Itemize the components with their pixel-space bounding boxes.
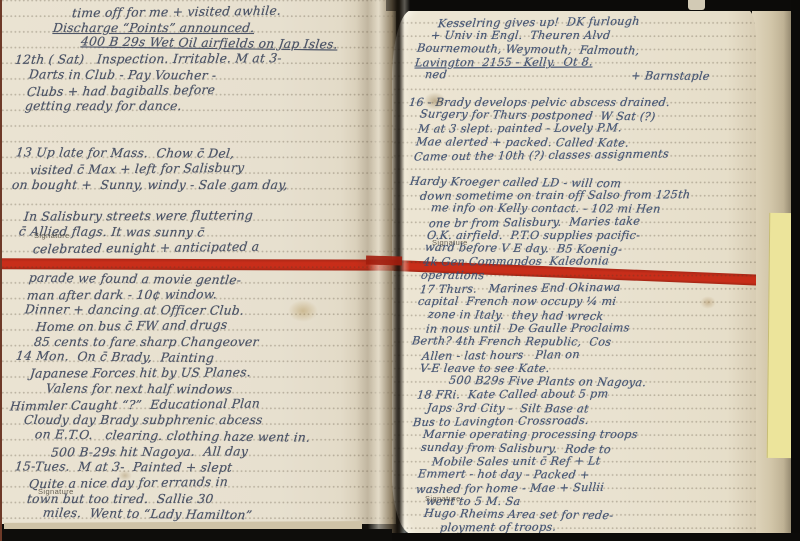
handwriting-line: 14 Mon. On c̄ Brady, Painting: [15, 349, 215, 365]
handwriting-line: getting ready for dance.: [24, 99, 182, 113]
scan-bottom-left-edge: [0, 529, 392, 541]
handwriting-line: 4k Gen Commandos Kaledonia: [422, 255, 609, 269]
scan-left-edge: [0, 0, 2, 541]
handwriting-line: V-E leave to see Kate.: [419, 362, 550, 375]
handwriting-line: Berth? 4th French Republic, Cos: [411, 335, 612, 349]
handwriting-line: me info on Kelly contact. - 102 mi Hen: [430, 201, 661, 215]
handwriting-line: parade we found a movie gentle-: [28, 271, 242, 288]
handwriting-line: 17 Thurs. Marines End Okinawa: [419, 281, 621, 296]
handwriting-line: Hardy Kroeger called LD - will com: [409, 174, 622, 190]
handwriting-line: Bus to Lavington Crossroads.: [412, 414, 589, 429]
handwriting-line: 400 B 29s Wet Oil airfields on Jap Isles…: [80, 35, 338, 52]
signature-stamp: Signature: [425, 494, 461, 503]
handwriting-line: Clubs + had bagiballs before: [26, 82, 215, 98]
handwriting-line: sunday from Salisbury. Rode to: [420, 440, 611, 455]
handwriting-line: capital French now occupy ¼ mi: [417, 295, 617, 308]
handwriting-line: miles. Went to “Lady Hamilton”: [42, 506, 253, 523]
handwriting-line: 85 cents to fare sharp Changeover: [33, 335, 259, 349]
handwriting-line: celebrated eunight + anticipated a: [32, 239, 260, 256]
right-page: Kesselring gives up! DK furlough+ Univ i…: [392, 10, 756, 534]
handwriting-line: Mae alerted + packed. Called Kate.: [415, 135, 629, 149]
handwriting-line: Valens for next half windows: [45, 381, 233, 396]
handwriting-line: Discharge “Points” announced.: [52, 21, 255, 35]
left-page-handwriting: time off for me + visited awhile.Dischar…: [0, 0, 396, 524]
left-page: time off for me + visited awhile.Dischar…: [0, 0, 396, 524]
handwriting-line: Darts in Club - Pay Voucher -: [28, 67, 217, 82]
handwriting-line: 500 B-29s hit Nagoya. All day: [50, 444, 248, 459]
handwriting-line: Dinner + dancing at Officer Club.: [24, 303, 245, 318]
handwriting-line: operations: [420, 268, 485, 281]
handwriting-line: Bournemouth, Weymouth, Falmouth,: [416, 41, 640, 57]
handwriting-line: Home on bus c̄ FW and drugs: [35, 318, 228, 334]
handwriting-line: Japanese Forces hit by US Planes.: [29, 365, 251, 380]
handwriting-line: time off for me + visited awhile.: [71, 4, 281, 21]
handwriting-line: on E.T.O. clearing. clothing haze went i…: [34, 427, 311, 444]
signature-stamp: Signature: [432, 238, 468, 247]
handwriting-line: M at 3 slept. painted - Lovely P.M.: [417, 122, 622, 136]
handwriting-line: Himmler Caught “?” Educational Plan: [9, 396, 260, 413]
handwriting-line: 18 FRi. Kate Called about 5 pm: [416, 388, 609, 402]
handwriting-line: Cloudy day Brady subphrenic abcess: [23, 413, 263, 427]
handwriting-line: on bought + Sunny, windy - Sale gam day,: [11, 178, 288, 192]
handwriting-line: Mobile Sales unit c̄ Ref + Lt: [431, 454, 601, 468]
scan-right-edge: [791, 0, 800, 541]
handwriting-line: 12th ( Sat) Inspection. Irritable. M at …: [14, 51, 282, 67]
handwriting-line: In Salisbury streets were fluttering: [23, 208, 253, 223]
red-marker-line-gutter: [366, 255, 402, 265]
handwriting-line: Allen - last hours Plan on: [421, 348, 580, 363]
handwriting-line: man after dark - 10¢ window.: [26, 287, 218, 302]
handwriting-line: one br from Salisbury. Maries take: [428, 214, 640, 230]
signature-stamp: Signature: [34, 231, 70, 240]
scan-top-edge: [386, 0, 800, 11]
handwriting-line: visited c̄ Max + left for Salisbury: [29, 161, 245, 178]
signature-stamp: Signature: [38, 487, 74, 496]
page-corner-tab: [688, 0, 705, 10]
handwriting-line: 16 - Brady develops pelvic abscess drain…: [408, 96, 670, 109]
handwriting-line: Japs 3rd City - Silt Base at: [426, 401, 589, 415]
handwriting-line: + Univ in Engl. Theuren Alvd: [430, 29, 611, 42]
right-page-handwriting: Kesselring gives up! DK furlough+ Univ i…: [392, 10, 756, 534]
handwriting-line: zone in Italy. they had wreck: [427, 308, 604, 323]
diary-scan: time off for me + visited awhile.Dischar…: [0, 0, 800, 541]
handwriting-line: in nous until De Gaulle Proclaims: [425, 321, 630, 335]
handwriting-line: Marnie operating processing troops: [422, 428, 638, 441]
handwriting-line: ned + Barnstaple: [424, 68, 710, 83]
handwriting-line: 13 Up late for Mass. Chow c̄ Del,: [15, 146, 235, 161]
handwriting-line: Emmert - hot day - Packed +: [417, 468, 590, 482]
handwriting-line: 15-Tues. M at 3- Painted + slept: [14, 460, 233, 475]
handwriting-line: Kesselring gives up! DK furlough: [437, 15, 640, 30]
handwriting-line: Came out the 10th (?) classes assignment…: [413, 147, 669, 163]
